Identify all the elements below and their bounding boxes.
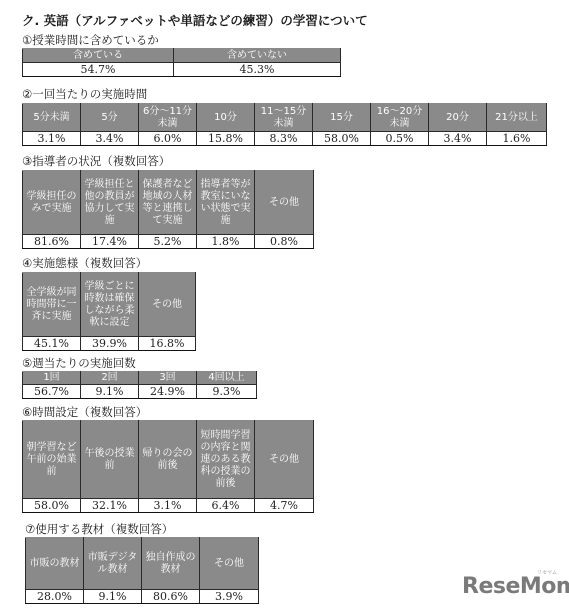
header-cell: 20分 (429, 104, 487, 132)
section-7-heading: ⑦使用する教材（複数回答） (25, 522, 173, 536)
value-cell: 8.3% (255, 132, 313, 146)
value-cell: 45.3% (174, 63, 341, 77)
table-class-time-inclusion: 含めている 含めていない 54.7% 45.3% (22, 48, 341, 77)
value-cell: 3.1% (23, 132, 81, 146)
value-cell: 9.1% (84, 590, 142, 604)
value-cell: 9.1% (81, 385, 139, 399)
header-cell: 独自作成の教材 (142, 538, 200, 590)
header-cell: 午後の授業前 (81, 421, 139, 499)
section-6-heading: ⑥時間設定（複数回答） (22, 405, 147, 419)
value-cell: 0.5% (371, 132, 429, 146)
header-cell: 帰りの会の前後 (139, 421, 197, 499)
table-weekly-frequency: 1回 2回 3回 4回以上 56.7% 9.1% 24.9% 9.3% (22, 371, 257, 399)
value-cell: 15.8% (197, 132, 255, 146)
header-cell: 学級ごとに時数は確保しながら柔軟に設定 (81, 273, 139, 337)
table-session-duration: 5分未満 5分 6分～11分未満 10分 11～15分未満 15分 16～20分… (22, 103, 547, 146)
value-cell: 24.9% (139, 385, 197, 399)
value-cell: 3.9% (200, 590, 259, 604)
value-cell: 54.7% (23, 63, 174, 77)
value-cell: 6.0% (139, 132, 197, 146)
table-materials-used: 市販の教材 市販デジタル教材 独自作成の教材 その他 28.0% 9.1% 80… (25, 537, 259, 604)
header-cell: 市販デジタル教材 (84, 538, 142, 590)
header-cell: 16～20分未満 (371, 104, 429, 132)
header-cell: 6分～11分未満 (139, 104, 197, 132)
header-cell: 3回 (139, 372, 197, 385)
header-cell: 1回 (23, 372, 81, 385)
section-3-heading: ③指導者の状況（複数回答） (22, 154, 170, 168)
value-cell: 45.1% (23, 337, 81, 351)
value-cell: 5.2% (139, 235, 197, 249)
header-cell: その他 (255, 171, 314, 235)
header-cell: その他 (200, 538, 259, 590)
value-cell: 80.6% (142, 590, 200, 604)
value-cell: 56.7% (23, 385, 81, 399)
value-cell: 58.0% (313, 132, 371, 146)
table-instructor-status: 学級担任のみで実施 学級担任と他の教員が協力して実施 保護者など地域の人材等と連… (22, 170, 314, 249)
value-cell: 3.4% (81, 132, 139, 146)
value-cell: 39.9% (81, 337, 139, 351)
table-implementation-mode: 全学級が同時間帯に一斉に実施 学級ごとに時数は確保しながら柔軟に設定 その他 4… (22, 272, 196, 351)
header-cell: 10分 (197, 104, 255, 132)
header-cell: 全学級が同時間帯に一斉に実施 (23, 273, 81, 337)
value-cell: 17.4% (81, 235, 139, 249)
value-cell: 3.4% (429, 132, 487, 146)
header-cell: 5分 (81, 104, 139, 132)
value-cell: 3.1% (139, 499, 197, 513)
value-cell: 58.0% (23, 499, 81, 513)
header-cell: 含めている (23, 49, 174, 63)
value-cell: 28.0% (26, 590, 84, 604)
value-cell: 32.1% (81, 499, 139, 513)
header-cell: 5分未満 (23, 104, 81, 132)
value-cell: 1.8% (197, 235, 255, 249)
value-cell: 9.3% (197, 385, 257, 399)
header-cell: 21分以上 (487, 104, 547, 132)
header-cell: 学級担任と他の教員が協力して実施 (81, 171, 139, 235)
header-cell: 短時間学習の内容と関連のある教科の授業の前後 (197, 421, 255, 499)
header-cell: 保護者など地域の人材等と連携して実施 (139, 171, 197, 235)
value-cell: 0.8% (255, 235, 314, 249)
section-2-heading: ②一回当たりの実施時間 (22, 87, 147, 101)
header-cell: 学級担任のみで実施 (23, 171, 81, 235)
section-5-heading: ⑤週当たりの実施回数 (22, 356, 136, 370)
header-cell: その他 (139, 273, 196, 337)
header-cell: 朝学習など午前の始業前 (23, 421, 81, 499)
value-cell: 6.4% (197, 499, 255, 513)
section-4-heading: ④実施態様（複数回答） (22, 256, 147, 270)
header-cell: その他 (255, 421, 314, 499)
value-cell: 4.7% (255, 499, 314, 513)
table-time-setting: 朝学習など午前の始業前 午後の授業前 帰りの会の前後 短時間学習の内容と関連のあ… (22, 420, 314, 513)
value-cell: 81.6% (23, 235, 81, 249)
page-title: ク. 英語（アルファベットや単語などの練習）の学習について (22, 11, 368, 29)
resemom-logo: ReseMom (462, 574, 569, 599)
header-cell: 2回 (81, 372, 139, 385)
header-cell: 指導者等が教室にいない状態で実施 (197, 171, 255, 235)
header-cell: 15分 (313, 104, 371, 132)
header-cell: 4回以上 (197, 372, 257, 385)
value-cell: 1.6% (487, 132, 547, 146)
value-cell: 16.8% (139, 337, 196, 351)
section-1-heading: ①授業時間に含めているか (22, 33, 159, 47)
header-cell: 11～15分未満 (255, 104, 313, 132)
header-cell: 市販の教材 (26, 538, 84, 590)
header-cell: 含めていない (174, 49, 341, 63)
